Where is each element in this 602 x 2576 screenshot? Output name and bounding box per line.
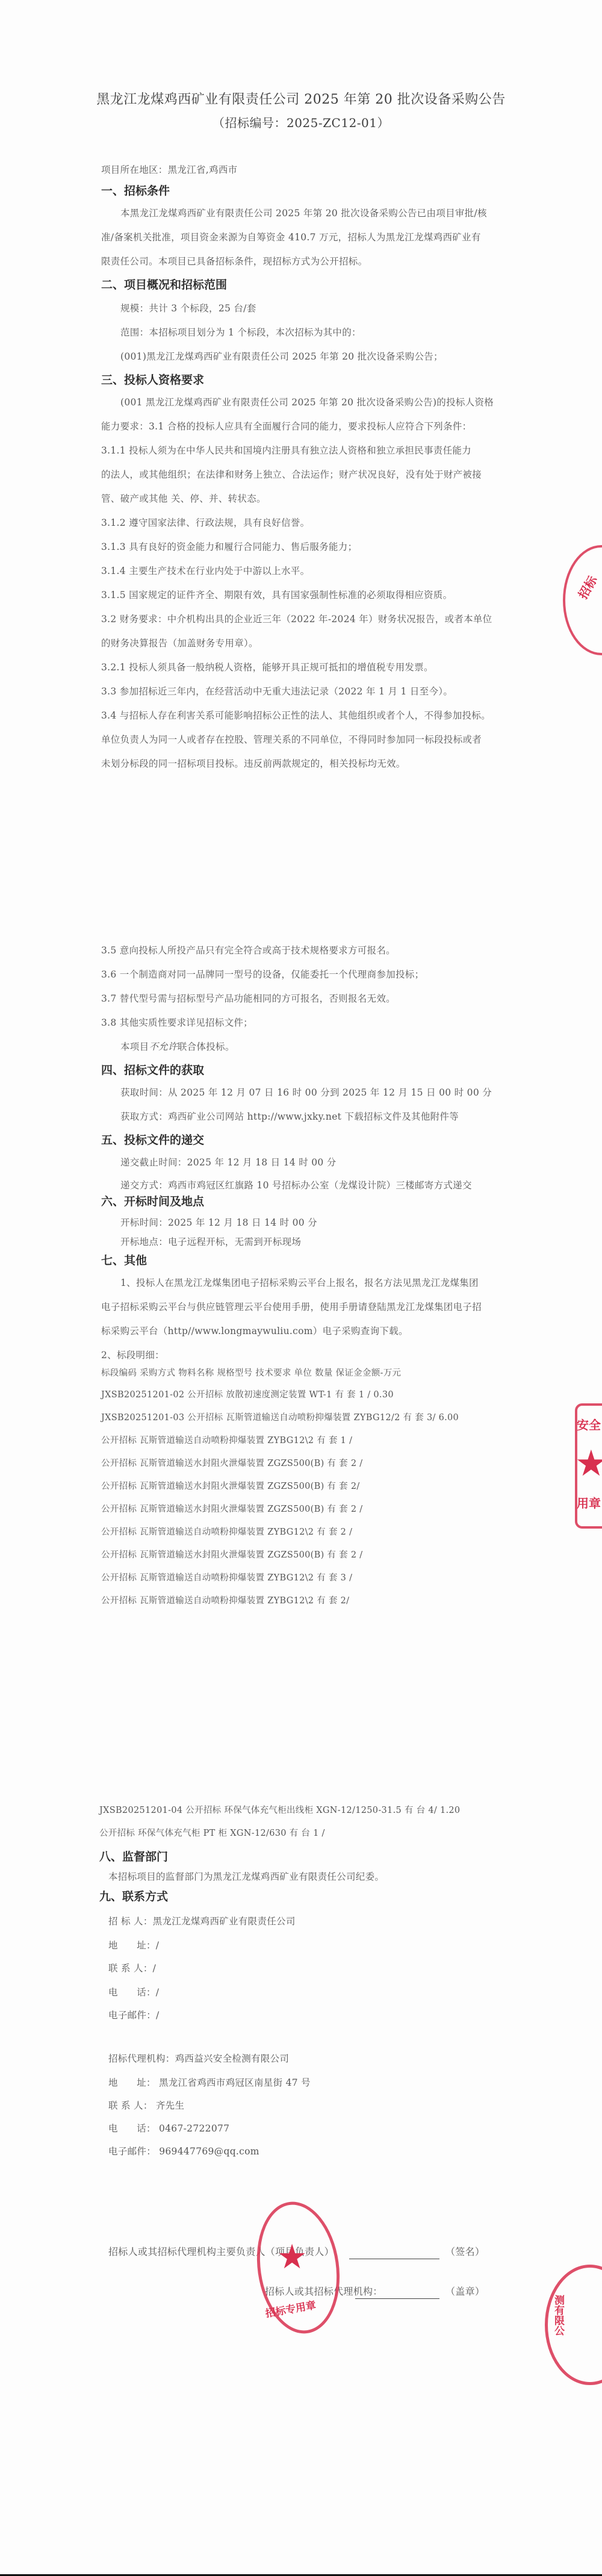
qualification-line: 3.1.4 主要生产技术在行业内处于中游以上水平。 [101, 564, 309, 577]
section-heading-6: 六、开标时间及地点 [101, 1193, 204, 1209]
signature-suffix: （签名） [445, 2244, 485, 2258]
lot-table-row: 公开招标 瓦斯管道输送自动喷粉抑爆装置 ZYBG12\2 有 套 3 / [101, 1571, 352, 1583]
tenderer-email: 电子邮件：/ [108, 2008, 160, 2021]
section-heading-2: 二、项目概况和招标范围 [101, 276, 227, 292]
qualification-line: (001 黑龙江龙煤鸡西矿业有限责任公司 2025 年第 20 批次设备采购公告… [120, 395, 494, 408]
other-line: 1、投标人在黑龙江龙煤集团电子招标采购云平台上报名，报名方法见黑龙江龙煤集团 [120, 1276, 479, 1289]
document-title: 黑龙江龙煤鸡西矿业有限责任公司 2025 年第 20 批次设备采购公告 [0, 89, 602, 108]
seal-stamp-text: 测有限公 [551, 2295, 566, 2336]
bid-number: （招标编号：2025-ZC12-01） [0, 113, 602, 131]
section-heading-8: 八、监督部门 [99, 1848, 168, 1864]
lot-table-row: 公开招标 瓦斯管道输送自动喷粉抑爆装置 ZYBG12\2 有 套 2/ [101, 1594, 349, 1606]
section-heading-1: 一、招标条件 [101, 182, 170, 198]
lot-table-row: JXSB20251201-03 公开招标 瓦斯管道输送自动喷粉抑爆装置 ZYBG… [101, 1411, 459, 1423]
consortium-note: 本项目不允许联合体投标。 [120, 1040, 235, 1053]
project-lot: (001)黑龙江龙煤鸡西矿业有限责任公司 2025 年第 20 批次设备采购公告… [120, 349, 443, 363]
lot-table-row: 公开招标 瓦斯管道输送水封阻火泄爆装置 ZGZS500(B) 有 套 2 / [101, 1502, 362, 1515]
tenderer-address: 地 址：/ [108, 1938, 159, 1951]
tenderer-contact: 联 系 人：/ [108, 1961, 156, 1974]
tenderer-phone: 电 话：/ [108, 1985, 159, 1998]
signature-line [349, 2259, 439, 2259]
star-icon: ★ [575, 1445, 602, 1482]
qualification-line: 3.8 其他实质性要求详见招标文件； [101, 1015, 253, 1029]
qualification-line: 的法人，或其他组织；在法律和财务上独立、合法运作；财产状况良好，没有处于财产被接 [101, 467, 482, 481]
qualification-line: 3.2 财务要求：中介机构出具的企业近三年（2022 年-2024 年）财务状况… [101, 612, 492, 625]
qualification-line: 3.1.1 投标人须为在中华人民共和国境内注册具有独立法人资格和独立承担民事责任… [101, 443, 471, 457]
qualification-line: 3.4 与招标人存在利害关系可能影响招标公正性的法人、其他组织或者个人，不得参加… [101, 708, 491, 722]
opening-time: 开标时间：2025 年 12 月 18 日 14 时 00 分 [120, 1215, 317, 1229]
lot-table-row: 公开招标 瓦斯管道输送自动喷粉抑爆装置 ZYBG12\2 有 套 1 / [101, 1433, 352, 1446]
lot-table-row: 公开招标 瓦斯管道输送水封阻火泄爆装置 ZGZS500(B) 有 套 2 / [101, 1548, 362, 1561]
qualification-line: 3.6 一个制造商对同一品牌同一型号的设备，仅能委托一个代理商参加投标； [101, 967, 424, 981]
other-line: 电子招标采购云平台与供应链管理云平台使用手册，使用手册请登陆黑龙江龙煤集团电子招 [101, 1300, 482, 1313]
lot-table-row: JXSB20251201-04 公开招标 环保气体充气柜出线柜 XGN-12/1… [99, 1803, 460, 1816]
lot-table-row: 公开招标 瓦斯管道输送水封阻火泄爆装置 ZGZS500(B) 有 套 2/ [101, 1479, 360, 1492]
submit-method: 递交方式：鸡西市鸡冠区红旗路 10 号招标办公室（龙煤设计院）三楼邮寄方式递交 [120, 1178, 472, 1191]
opening-place: 开标地点：电子远程开标，无需到开标现场 [120, 1235, 301, 1248]
agency-phone: 电 话： 0467-2722077 [108, 2121, 229, 2135]
qualification-line: 未划分标段的同一招标项目投标。违反前两款规定的，相关投标均无效。 [101, 756, 406, 770]
seal-suffix: （盖章） [445, 2284, 485, 2298]
agency-contact: 联 系 人： 齐先生 [108, 2098, 184, 2112]
qualification-line: 3.2.1 投标人须具备一般纳税人资格，能够开具正规可抵扣的增值税专用发票。 [101, 660, 433, 673]
qualification-line: 3.1.5 国家规定的证件齐全、期限有效，具有国家强制性标准的必须取得相应资质。 [101, 588, 452, 601]
acquire-time: 获取时间：从 2025 年 12 月 07 日 16 时 00 分到 2025 … [120, 1085, 492, 1099]
lot-table-row: 公开招标 环保气体充气柜 PT 柜 XGN-12/630 有 台 1 / [99, 1826, 325, 1839]
lot-table-row: 公开招标 瓦斯管道输送自动喷粉抑爆装置 ZYBG12\2 有 套 2 / [101, 1525, 352, 1538]
qualification-line: 能力要求：3.1 合格的投标人应具有全面履行合同的能力，要求投标人应符合下列条件… [101, 419, 471, 432]
project-region: 项目所在地区：黑龙江省,鸡西市 [101, 163, 237, 176]
section1-line: 准/备案机关批准，项目资金来源为自筹资金 410.7 万元，招标人为黑龙江龙煤鸡… [101, 230, 481, 243]
acquire-method: 获取方式：鸡西矿业公司网站 http://www.jxky.net 下载招标文件… [120, 1109, 459, 1123]
section-heading-3: 三、投标人资格要求 [101, 371, 204, 387]
qualification-line: 3.7 替代型号需与招标型号产品功能相同的方可报名，否则报名无效。 [101, 991, 396, 1005]
agency-name: 招标代理机构：鸡西益兴安全检测有限公司 [108, 2051, 289, 2065]
seal-stamp-text: 安全 [577, 1415, 601, 1433]
agency-address: 地 址： 黑龙江省鸡西市鸡冠区南星街 47 号 [108, 2075, 311, 2089]
agency-email: 电子邮件： 969447769@qq.com [108, 2144, 259, 2157]
submit-deadline: 递交截止时间：2025 年 12 月 18 日 14 时 00 分 [120, 1155, 337, 1168]
other-line: 2、标段明细： [101, 1348, 164, 1361]
project-scale: 规模：共计 3 个标段，25 台/套 [120, 301, 256, 314]
lot-table-row: 公开招标 瓦斯管道输送水封阻火泄爆装置 ZGZS500(B) 有 套 2 / [101, 1456, 362, 1469]
seal-stamp-icon [563, 545, 602, 655]
qualification-line: 3.1.2 遵守国家法律、行政法规，具有良好信誉。 [101, 516, 309, 529]
lot-table-row: JXSB20251201-02 公开招标 放散初速度测定装置 WT-1 有 套 … [101, 1388, 394, 1400]
qualification-line: 单位负责人为同一人或者存在控股、管理关系的不同单位，不得同时参加同一标段投标或者 [101, 732, 482, 746]
qualification-line: 3.1.3 具有良好的资金能力和履行合同能力、售后服务能力； [101, 540, 357, 553]
supervision-text: 本招标项目的监督部门为黑龙江龙煤鸡西矿业有限责任公司纪委。 [108, 1870, 384, 1883]
qualification-line: 3.3 参加招标近三年内，在经营活动中无重大违法记录（2022 年 1 月 1 … [101, 684, 453, 697]
section-heading-9: 九、联系方式 [99, 1888, 168, 1904]
qualification-line: 的财务决算报告（加盖财务专用章）。 [101, 636, 258, 649]
section-heading-5: 五、投标文件的递交 [101, 1131, 204, 1147]
other-line: 标采购云平台（http//www.longmaywuliu.com）电子采购查询… [101, 1324, 408, 1337]
star-icon: ★ [277, 2241, 307, 2274]
seal-stamp-text: 用章 [577, 1494, 601, 1511]
lot-table-header: 标段编码 采购方式 物料名称 规格型号 技术要求 单位 数量 保证金金额-万元 [101, 1366, 401, 1379]
section1-line: 本黑龙江龙煤鸡西矿业有限责任公司 2025 年第 20 批次设备采购公告已由项目… [120, 206, 487, 219]
project-scope: 范围：本招标项目划分为 1 个标段，本次招标为其中的： [120, 325, 361, 338]
section-heading-4: 四、招标文件的获取 [101, 1061, 204, 1077]
section1-line: 限责任公司。本项目已具备招标条件，现招标方式为公开招标。 [101, 254, 367, 267]
qualification-line: 3.5 意向投标人所投产品只有完全符合或高于技术规格要求方可报名。 [101, 943, 396, 956]
tenderer-name: 招 标 人：黑龙江龙煤鸡西矿业有限责任公司 [108, 1914, 296, 1927]
seal-line [355, 2298, 439, 2299]
section-heading-7: 七、其他 [101, 1252, 147, 1268]
qualification-line: 管、破产或其他 关、停、并、转状态。 [101, 491, 266, 505]
